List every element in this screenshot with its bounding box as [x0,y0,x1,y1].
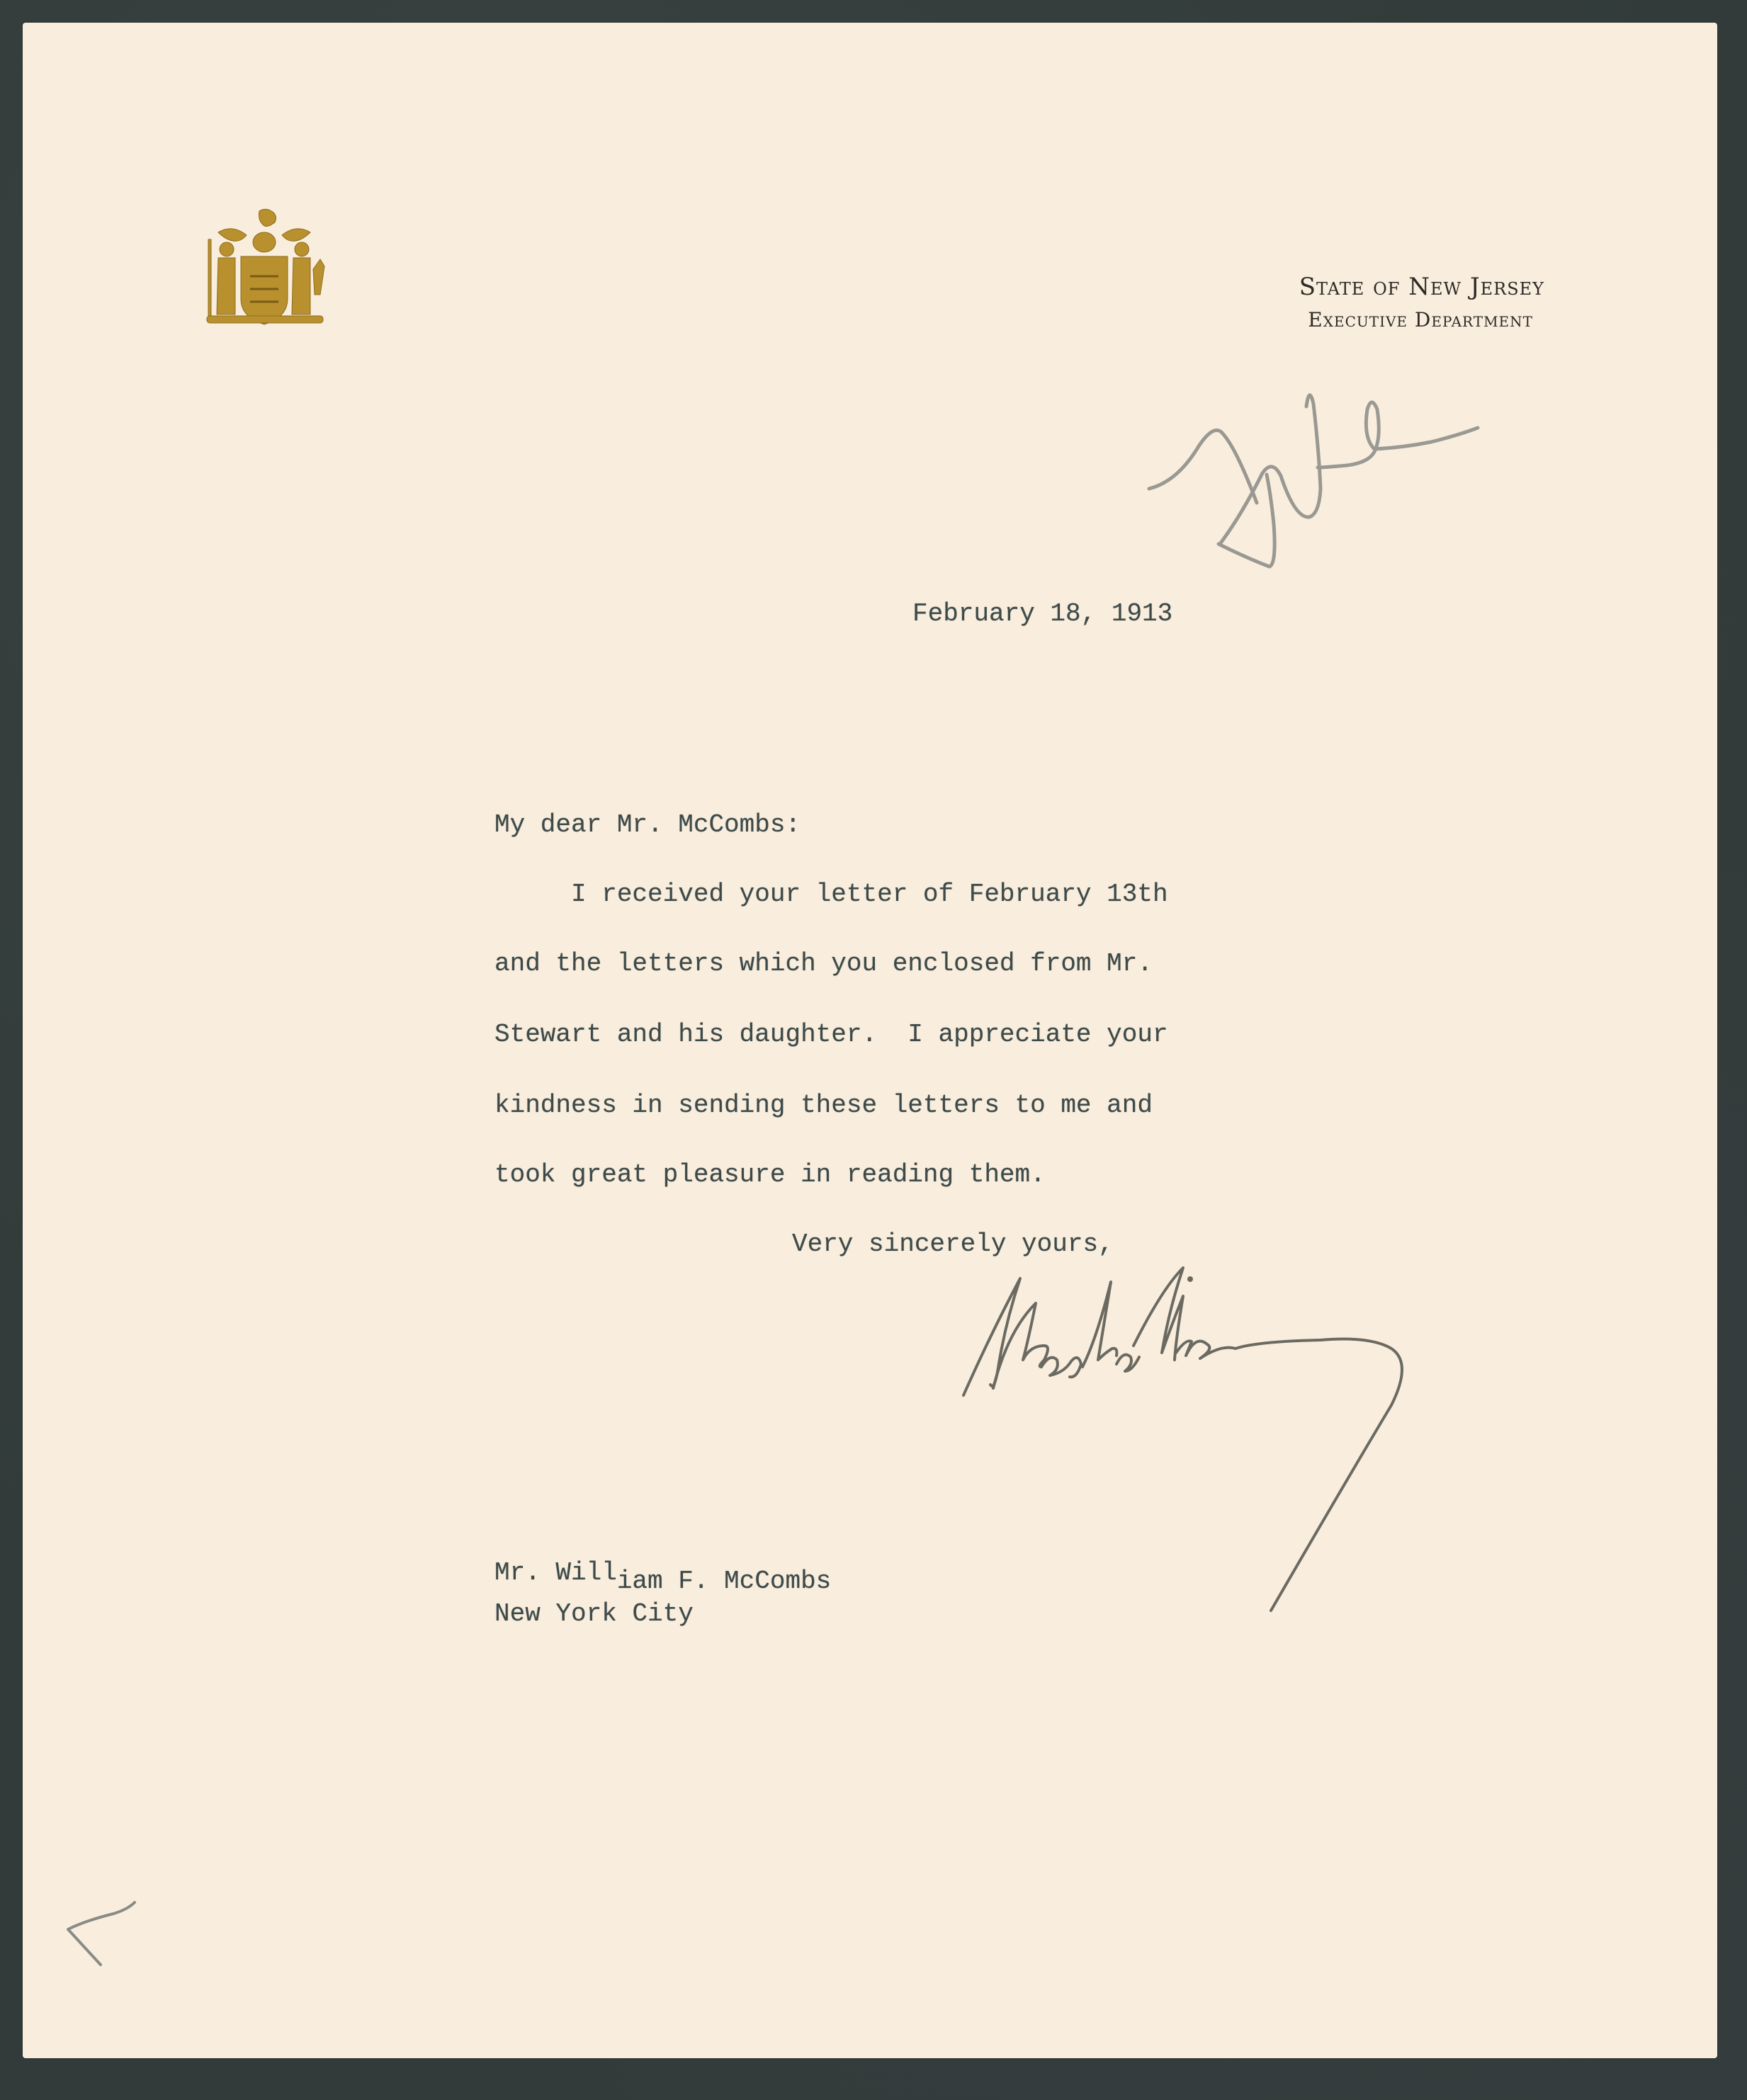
letter-body-line: I received your letter of February 13th [494,880,1168,909]
letterhead-state: State of New Jersey [1169,268,1566,306]
letter-body-line: Stewart and his daughter. I appreciate y… [494,1020,1168,1049]
addressee-name-part2: iam F. McCombs [617,1567,831,1596]
pencil-file-annotation [1133,354,1502,581]
letter-body-line: kindness in sending these letters to me … [494,1091,1153,1120]
coat-of-arms-icon [197,205,332,333]
letter-addressee-name: Mr. William F. McCombs [494,1558,831,1587]
addressee-name-part1: Mr. Will [494,1558,617,1587]
signature-woodrow-wilson [956,1261,1537,1615]
letter-body-line: and the letters which you enclosed from … [494,949,1153,978]
letter-body-line: took great pleasure in reading them. [494,1160,1046,1189]
letter-addressee-city: New York City [494,1599,694,1628]
check-mark-icon [28,1870,198,2011]
letter-salutation: My dear Mr. McCombs: [494,810,801,839]
letterhead: State of New Jersey Executive Department [1169,268,1566,334]
letter-date: February 18, 1913 [912,599,1172,628]
letter-closing: Very sincerely yours, [792,1230,1114,1259]
letterhead-department: Executive Department [1169,306,1566,334]
